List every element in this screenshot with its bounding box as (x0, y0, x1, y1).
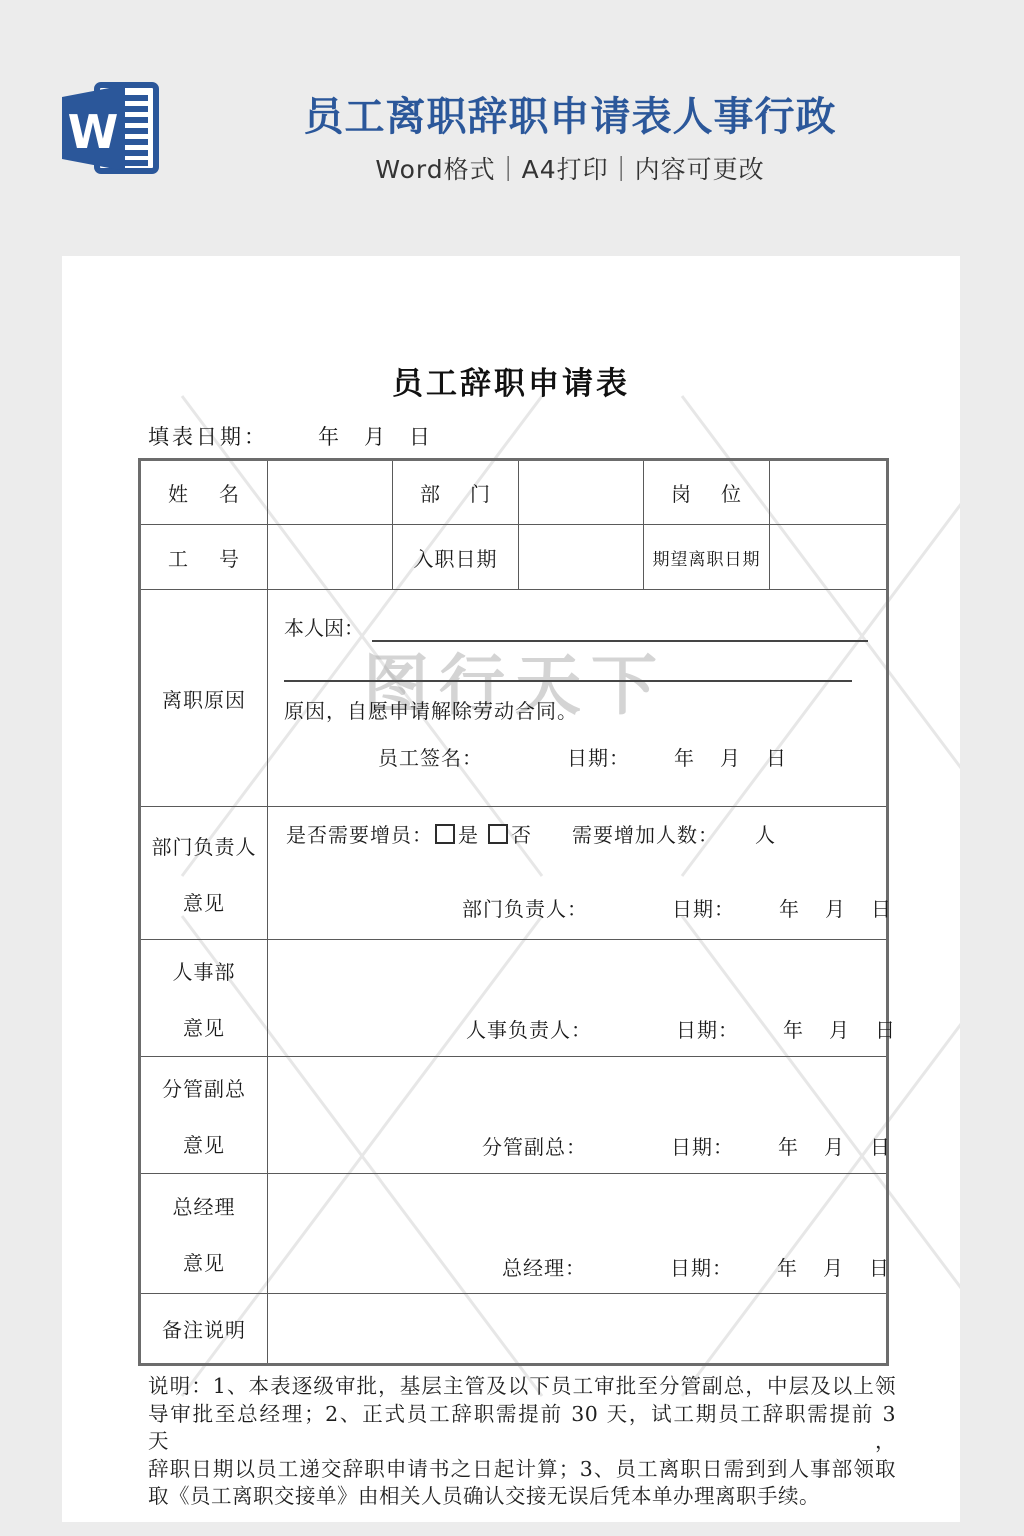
reason-prefix-label: 本人因： (284, 614, 364, 642)
name-value-cell[interactable] (268, 460, 393, 525)
template-preview-canvas: { "colors": { "word_blue": "#2b579a", "c… (0, 0, 1024, 1536)
month-label: 月 (824, 1135, 845, 1159)
note-line-4: 取《员工离职交接单》由相关人员确认交接无误后凭本单办理离职手续。 (148, 1483, 896, 1511)
dept-opinion-label-line1: 部门负责人 (141, 831, 267, 860)
table-row-dept-opinion: 部门负责人 意见 是否需要增员：是否需要增加人数：人 部门负责人：日期：年月日 (140, 807, 888, 940)
year-label: 年 (783, 1018, 804, 1042)
month-label: 月 (829, 1018, 850, 1042)
year-label: 年 (779, 897, 800, 921)
hr-opinion-label-cell: 人事部 意见 (140, 940, 268, 1057)
checkbox-yes-label: 是 (458, 823, 479, 847)
hr-opinion-content-cell: 人事负责人：日期：年月日 (268, 940, 888, 1057)
word-icon-letter: W (68, 105, 119, 159)
remarks-label-cell: 备注说明 (140, 1294, 268, 1365)
position-label: 岗位 (671, 478, 742, 507)
name-label-cell: 姓名 (140, 460, 268, 525)
date-label: 日期： (567, 746, 630, 770)
table-row-gm-opinion: 总经理 意见 总经理：日期：年月日 (140, 1174, 888, 1294)
add-count-unit: 人 (755, 823, 776, 847)
day-label: 日 (869, 1256, 890, 1280)
hr-opinion-label-line1: 人事部 (141, 956, 267, 985)
hr-head-signature-line: 人事负责人：日期：年月日 (466, 1014, 896, 1043)
department-label-cell: 部门 (393, 460, 519, 525)
header-text-block: 员工离职辞职申请表人事行政 Word格式｜A4打印｜内容可更改 (130, 94, 1010, 185)
hire-date-value-cell[interactable] (519, 525, 644, 590)
fill-date-day: 日 (409, 425, 430, 449)
year-label: 年 (778, 1135, 799, 1159)
dept-opinion-label-cell: 部门负责人 意见 (140, 807, 268, 940)
name-label: 姓名 (168, 478, 240, 507)
employee-id-label-cell: 工号 (140, 525, 268, 590)
add-count-label: 需要增加人数： (572, 823, 719, 847)
reason-prefix-line: 本人因： (284, 614, 868, 642)
add-staff-line: 是否需要增员：是否需要增加人数：人 (286, 819, 776, 848)
page-title: 员工离职辞职申请表人事行政 (130, 94, 1010, 140)
hr-opinion-label-line2: 意见 (141, 1012, 267, 1041)
employee-signature-line: 员工签名：日期：年月日 (378, 742, 787, 771)
page-subtitle: Word格式｜A4打印｜内容可更改 (130, 155, 1010, 185)
employee-signature-label: 员工签名： (378, 746, 483, 770)
vp-opinion-content-cell: 分管副总：日期：年月日 (268, 1057, 888, 1174)
date-label: 日期： (671, 1135, 734, 1159)
date-label: 日期： (676, 1018, 739, 1042)
date-label: 日期： (670, 1256, 733, 1280)
remarks-value-cell[interactable] (268, 1294, 888, 1365)
gm-opinion-label-line2: 意见 (141, 1247, 267, 1276)
vp-signature-label: 分管副总： (482, 1135, 587, 1159)
vp-opinion-label-cell: 分管副总 意见 (140, 1057, 268, 1174)
fill-date-month: 月 (364, 425, 385, 449)
resignation-form-table: 姓名 部门 岗位 工号 入职日期 期望离职日期 离职原因 (138, 458, 889, 1366)
resign-reason-content-cell: 本人因： 原因，自愿申请解除劳动合同。 员工签名：日期：年月日 (268, 590, 888, 807)
reason-statement: 原因，自愿申请解除劳动合同。 (284, 696, 578, 726)
day-label: 日 (871, 897, 892, 921)
gm-opinion-label-cell: 总经理 意见 (140, 1174, 268, 1294)
hire-date-label-cell: 入职日期 (393, 525, 519, 590)
checkbox-yes[interactable] (435, 824, 455, 844)
gm-opinion-label-line1: 总经理 (141, 1191, 267, 1220)
department-value-cell[interactable] (519, 460, 644, 525)
form-content: 员工辞职申请表 填表日期：年月日 姓名 部门 岗位 工号 入职日 (62, 256, 960, 1522)
note-line-3: 辞职日期以员工递交辞职申请书之日起计算；3、员工离职日需到到人事部领取 (148, 1456, 896, 1484)
fill-date-year: 年 (318, 425, 339, 449)
table-row-basic-2: 工号 入职日期 期望离职日期 (140, 525, 888, 590)
day-label: 日 (766, 746, 787, 770)
year-label: 年 (674, 746, 695, 770)
dept-head-signature-line: 部门负责人：日期：年月日 (462, 893, 892, 922)
table-row-resign-reason: 离职原因 本人因： 原因，自愿申请解除劳动合同。 员工签名：日期：年月日 (140, 590, 888, 807)
table-row-basic-1: 姓名 部门 岗位 (140, 460, 888, 525)
vp-signature-line: 分管副总：日期：年月日 (482, 1131, 891, 1160)
expected-leave-date-value-cell[interactable] (770, 525, 888, 590)
dept-opinion-content-cell: 是否需要增员：是否需要增加人数：人 部门负责人：日期：年月日 (268, 807, 888, 940)
note-line-1: 说明：1、本表逐级审批，基层主管及以下员工审批至分管副总，中层及以上领 (148, 1373, 896, 1401)
document-page: 图行天下 员工辞职申请表 填表日期：年月日 姓名 部门 岗位 工号 (62, 256, 960, 1522)
employee-id-value-cell[interactable] (268, 525, 393, 590)
day-label: 日 (870, 1135, 891, 1159)
fill-date-line: 填表日期：年月日 (148, 421, 430, 451)
table-row-remarks: 备注说明 (140, 1294, 888, 1365)
month-label: 月 (823, 1256, 844, 1280)
date-label: 日期： (672, 897, 735, 921)
checkbox-no-label: 否 (511, 823, 532, 847)
position-value-cell[interactable] (770, 460, 888, 525)
add-staff-label: 是否需要增员： (286, 823, 433, 847)
department-label: 部门 (420, 478, 491, 507)
footer-notes: 说明：1、本表逐级审批，基层主管及以下员工审批至分管副总，中层及以上领 导审批至… (148, 1373, 896, 1511)
position-label-cell: 岗位 (644, 460, 770, 525)
expected-leave-date-label-cell: 期望离职日期 (644, 525, 770, 590)
form-title: 员工辞职申请表 (62, 358, 960, 403)
note-line-2: 导审批至总经理；2、正式员工辞职需提前 30 天，试工期员工辞职需提前 3 天， (148, 1401, 896, 1456)
hr-head-signature-label: 人事负责人： (466, 1018, 592, 1042)
gm-signature-label: 总经理： (502, 1256, 586, 1280)
reason-blank-line-2[interactable] (284, 680, 852, 682)
table-row-vp-opinion: 分管副总 意见 分管副总：日期：年月日 (140, 1057, 888, 1174)
resign-reason-label-cell: 离职原因 (140, 590, 268, 807)
month-label: 月 (825, 897, 846, 921)
reason-blank-line-1[interactable] (372, 614, 868, 642)
gm-signature-line: 总经理：日期：年月日 (502, 1252, 890, 1281)
vp-opinion-label-line1: 分管副总 (141, 1073, 267, 1102)
dept-opinion-label-line2: 意见 (141, 887, 267, 916)
year-label: 年 (777, 1256, 798, 1280)
day-label: 日 (875, 1018, 896, 1042)
fill-date-label: 填表日期： (148, 425, 268, 449)
vp-opinion-label-line2: 意见 (141, 1129, 267, 1158)
dept-head-signature-label: 部门负责人： (462, 897, 588, 921)
gm-opinion-content-cell: 总经理：日期：年月日 (268, 1174, 888, 1294)
month-label: 月 (720, 746, 741, 770)
employee-id-label: 工号 (168, 543, 240, 572)
table-row-hr-opinion: 人事部 意见 人事负责人：日期：年月日 (140, 940, 888, 1057)
checkbox-no[interactable] (488, 824, 508, 844)
